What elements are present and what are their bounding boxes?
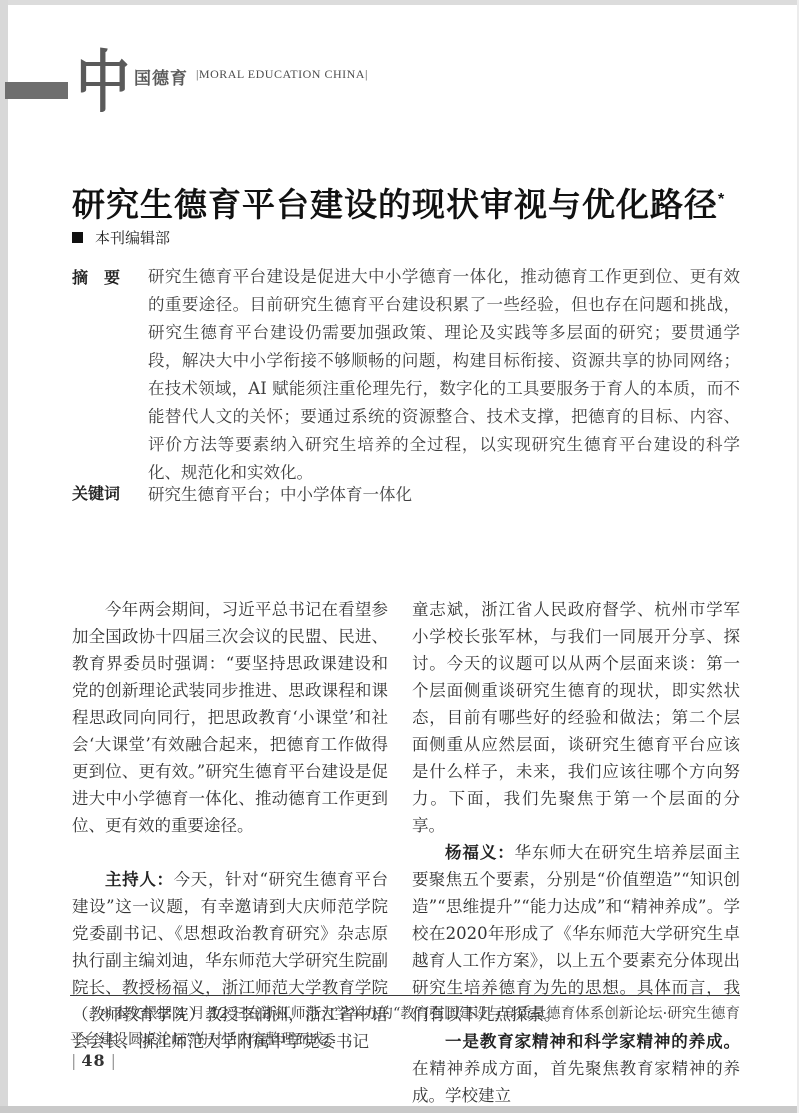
footnote-divider [70,995,740,996]
footnote-text: ＊本文根据 4 月 12 日在浙江师范大学举办的“教育强国建设与高质量德育体系创… [70,1001,740,1053]
author-square-icon [72,232,83,243]
page-number-left-bar: | [66,1051,81,1070]
host-paragraph-continued: 童志斌，浙江省人民政府督学、杭州市学军小学校长张军林，与我们一同展开分享、探讨。… [412,596,740,839]
header-accent-bar [5,82,68,99]
title-footnote-marker: * [718,191,725,208]
abstract-text: 研究生德育平台建设是促进大中小学德育一体化，推动德育工作更到位、更有效的重要途径… [148,263,740,487]
point-one-text: 在精神养成方面，首先聚焦教育家精神的养成。学校建立 [412,1059,740,1105]
logo-en-text: |MORAL EDUCATION CHINA| [196,67,368,82]
journal-logo: 中国德育|MORAL EDUCATION CHINA| [76,48,368,102]
scan-edge-top [0,0,799,5]
article-title: 研究生德育平台建设的现状审视与优化路径* [72,185,752,225]
page-number-value: 48 [81,1051,105,1070]
yangfuyi-paragraph: 杨福义：华东师大在研究生培养层面主要聚焦五个要素，分别是“价值塑造”“知识创造”… [412,839,740,1028]
keywords-label: 关键词 [72,481,120,504]
page-number-right-bar: | [106,1051,121,1070]
abstract-label: 摘 要 [72,265,120,288]
author-line: 本刊编辑部 [72,227,170,248]
keywords-text: 研究生德育平台；中小学体育一体化 [148,481,740,505]
page-number: |48| [66,1051,121,1070]
host-speaker-label: 主持人： [105,870,174,889]
body-left-column: 今年两会期间，习近平总书记在看望参加全国政协十四届三次会议的民盟、民进、教育界委… [72,596,388,1055]
intro-paragraph: 今年两会期间，习近平总书记在看望参加全国政协十四届三次会议的民盟、民进、教育界委… [72,596,388,839]
journal-page: 中国德育|MORAL EDUCATION CHINA| 研究生德育平台建设的现状… [0,0,799,1113]
author-name: 本刊编辑部 [95,230,170,247]
yangfuyi-speaker-label: 杨福义： [445,843,515,862]
scan-edge-left [0,0,8,1113]
logo-zhong-glyph: 中 [76,48,130,116]
article-title-text: 研究生德育平台建设的现状审视与优化路径 [72,186,718,223]
logo-cn-text: 国德育 [134,64,188,89]
yangfuyi-paragraph-text: 华东师大在研究生培养层面主要聚焦五个要素，分别是“价值塑造”“知识创造”“思维提… [412,843,740,1024]
